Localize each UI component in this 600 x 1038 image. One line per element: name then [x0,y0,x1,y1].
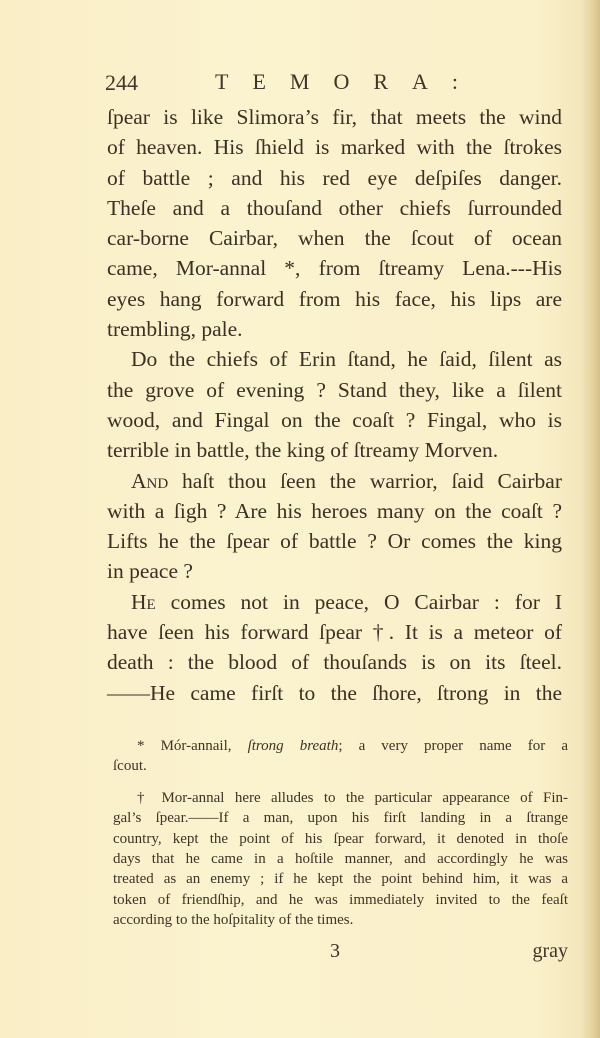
body-text: ſpear is like Slimora’s fir, that meets … [107,102,562,708]
text-line: wood, and Fingal on the coaſt ? Fingal, … [107,405,562,435]
page-number: 244 [105,70,138,96]
text-line: Theſe and a thouſand other chiefs ſurrou… [107,193,562,223]
footnotes: * Mór-annail, ſtrong breath; a very prop… [113,736,568,931]
footnote-text: ; a very proper name for a [338,738,568,754]
text-line: trembling, pale. [107,314,562,344]
text-line-rest: haſt thou ſeen the warrior, ſaid Cairbar [182,469,562,493]
footnote-2-line: according to the hoſpitality of the time… [113,910,568,930]
footnote-2-line: gal’s ſpear.——If a man, upon his firſt l… [113,808,568,828]
footnote-2-line: token of friendſhip, and he was immediat… [113,890,568,910]
paragraph-start-line: And haſt thou ſeen the warrior, ſaid Cai… [107,466,562,496]
footnote-marker: * [137,738,145,754]
catchword: gray [532,940,568,963]
footnote-2-line: † Mor-annal here alludes to the particul… [113,788,568,808]
text-line: ſpear is like Slimora’s fir, that meets … [107,102,562,132]
footnote-term: Mór-annail, [161,738,232,754]
text-line: eyes hang forward from his face, his lip… [107,284,562,314]
footnote-2-line: days that he came in a hoſtile manner, a… [113,849,568,869]
footnote-2-line: treated as an enemy ; if he kept the poi… [113,869,568,889]
footnote-2-line: country, kept the point of his ſpear for… [113,829,568,849]
paragraph-start-line: Do the chiefs of Erin ſtand, he ſaid, ſi… [107,344,562,374]
text-line-rest: comes not in peace, O Cairbar : for I [171,590,562,614]
page-footer: 3 gray [100,940,570,970]
text-line: of heaven. His ſhield is marked with the… [107,132,562,162]
paragraph-start-line: He comes not in peace, O Cairbar : for I [107,587,562,617]
text-line: Lifts he the ſpear of battle ? Or comes … [107,526,562,556]
text-line: have ſeen his forward ſpear †. It is a m… [107,617,562,647]
running-title: TEMORA: [215,69,482,95]
text-line: came, Mor-annal *, from ſtreamy Lena.---… [107,253,562,283]
text-line: ——He came firſt to the ſhore, ſtrong in … [107,678,562,708]
text-line: car-borne Cairbar, when the ſcout of oce… [107,223,562,253]
footnote-1-line: * Mór-annail, ſtrong breath; a very prop… [113,736,568,756]
smallcaps-opener: He [131,590,156,614]
footnote-1-line: ſcout. [113,756,568,776]
text-line: with a ſigh ? Are his heroes many on the… [107,496,562,526]
text-line: of battle ; and his red eye deſpiſes dan… [107,163,562,193]
text-line: the grove of evening ? Stand they, like … [107,375,562,405]
text-line: terrible in battle, the king of ſtreamy … [107,435,562,465]
book-page: 244 TEMORA: ſpear is like Slimora’s fir,… [0,0,600,1038]
footnote-italic-gloss: ſtrong breath [248,738,339,754]
signature-mark: 3 [330,940,340,963]
text-line: in peace ? [107,556,562,586]
text-line: death : the blood of thouſands is on its… [107,647,562,677]
page-gutter-shadow [582,0,600,1038]
smallcaps-opener: And [131,469,168,493]
page-header: 244 TEMORA: [105,70,565,100]
